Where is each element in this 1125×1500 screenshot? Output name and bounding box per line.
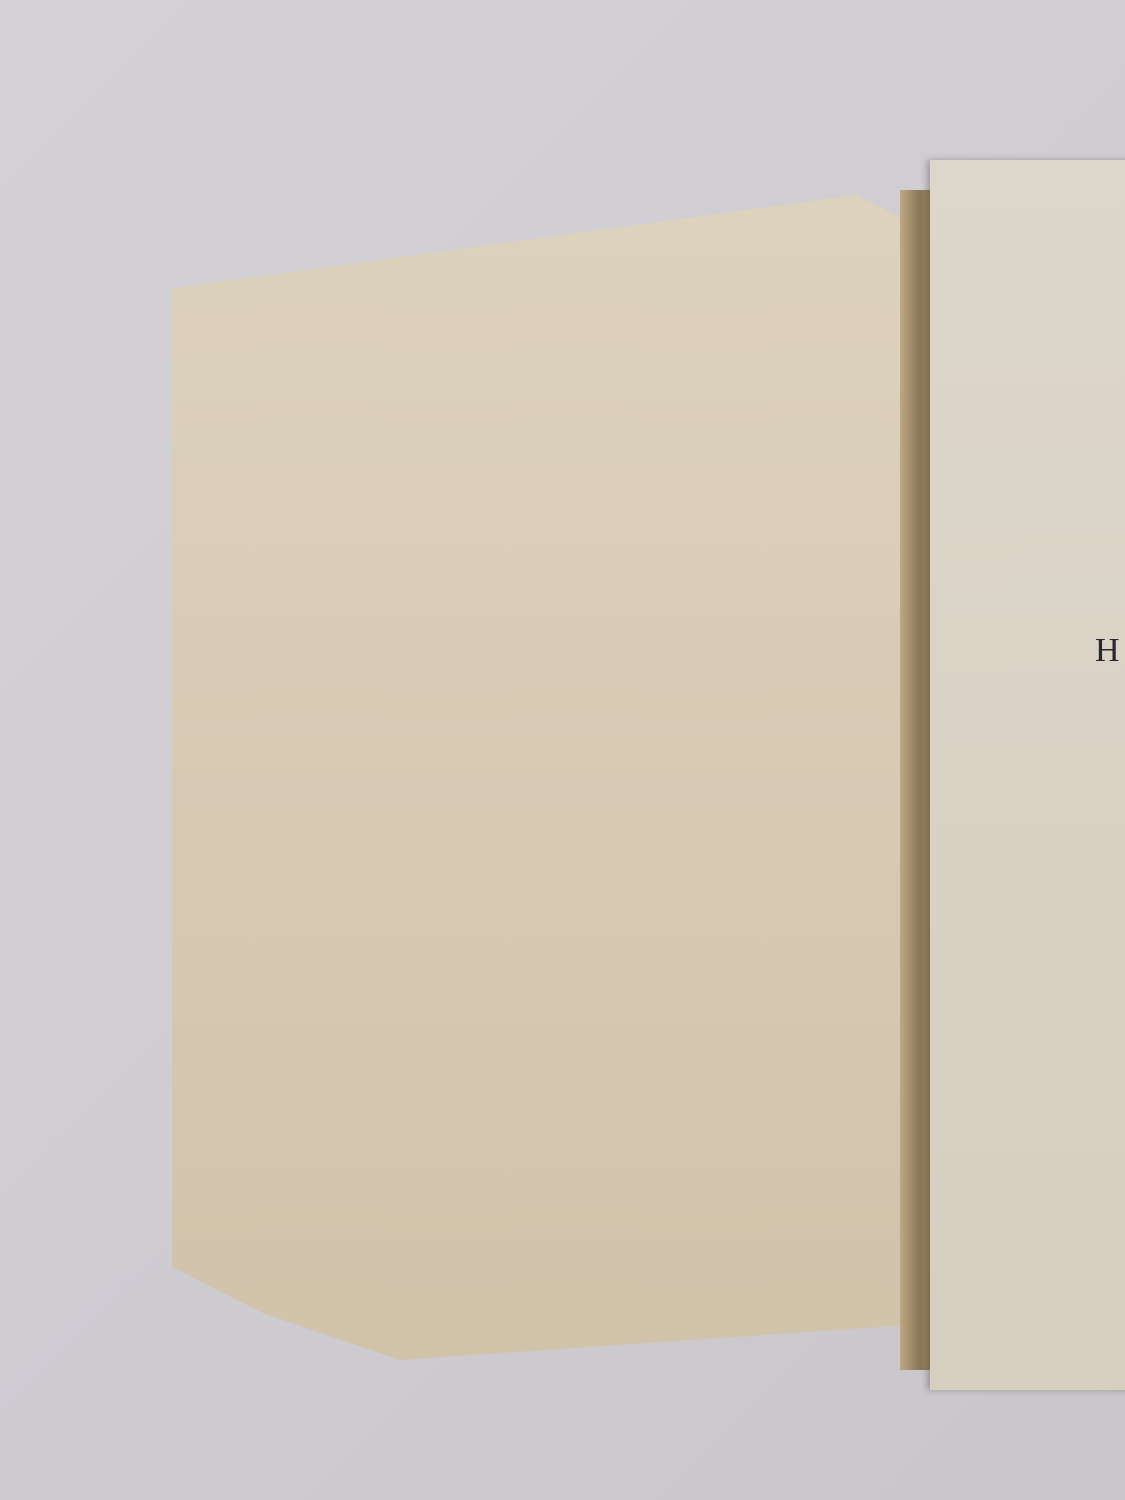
right-page: [930, 160, 1125, 1390]
right-page-text: H: [1095, 632, 1120, 670]
left-page: [172, 195, 932, 1360]
